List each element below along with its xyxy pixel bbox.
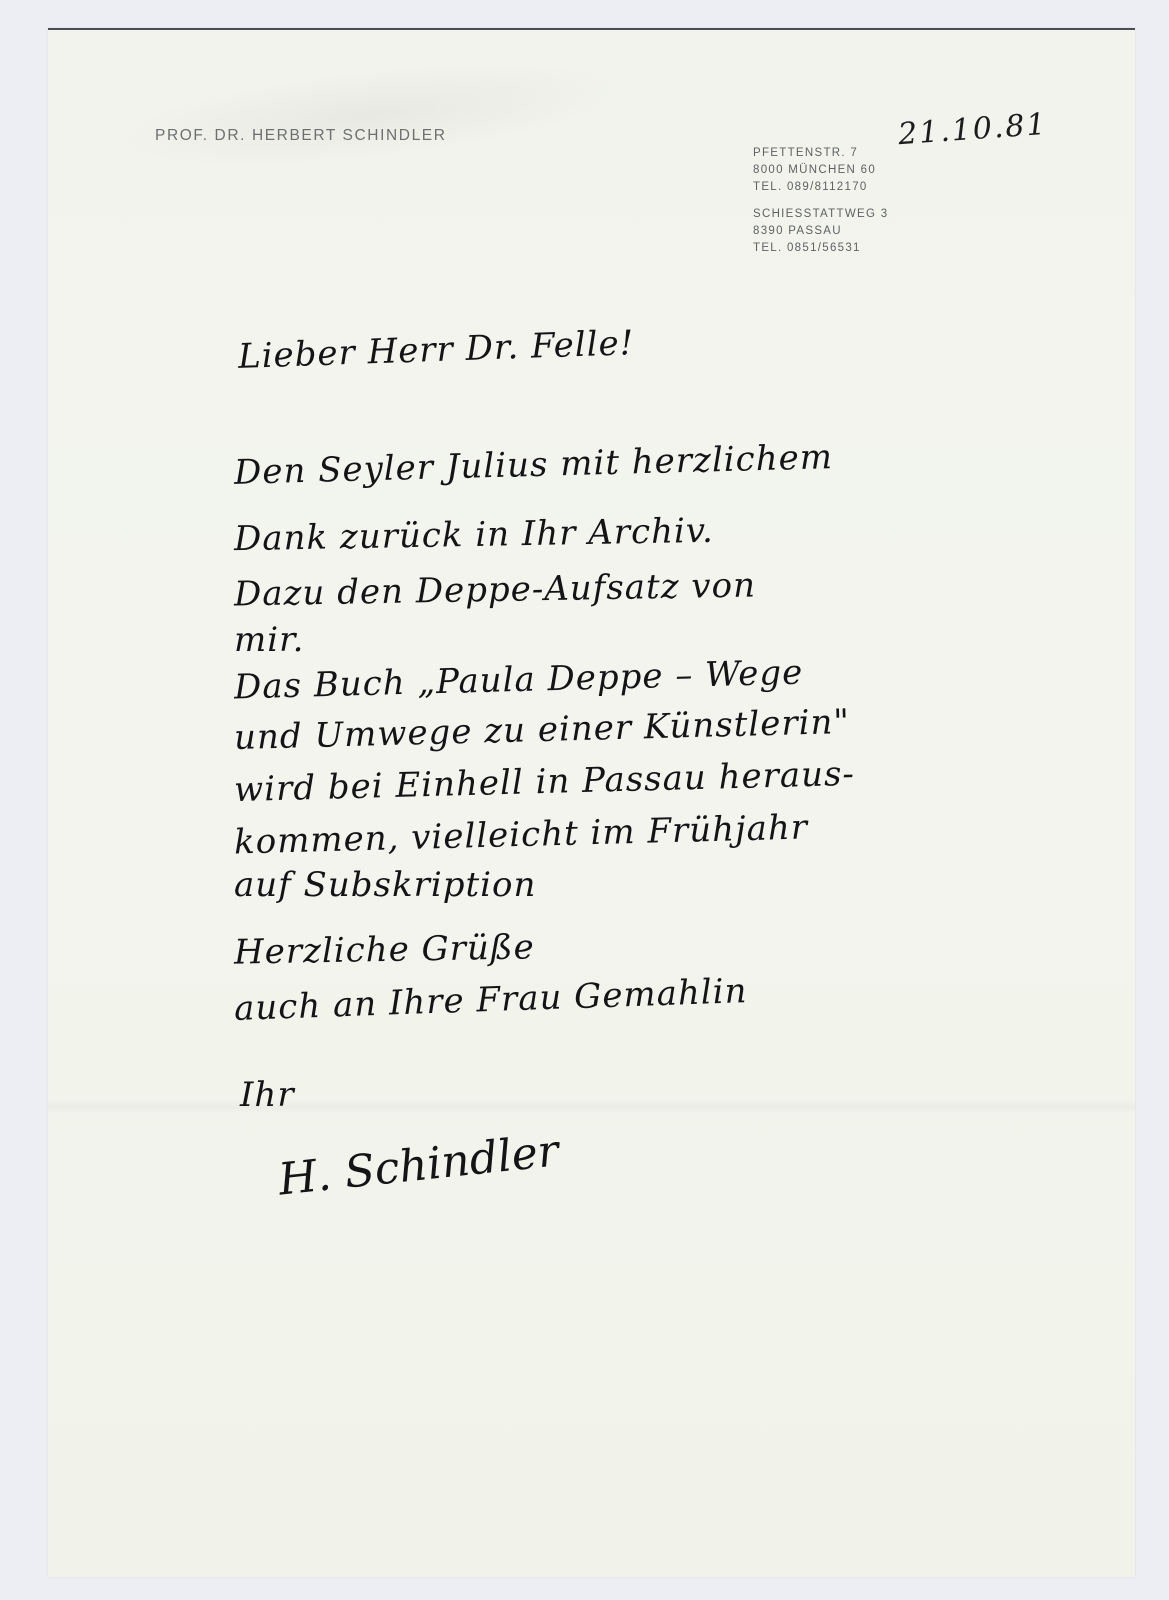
paper-crease bbox=[105, 43, 632, 187]
address-spacer bbox=[753, 196, 888, 206]
handwritten-date: 21.10.81 bbox=[897, 107, 1049, 152]
salutation: Lieber Herr Dr. Felle! bbox=[237, 323, 635, 377]
body-line: mir. bbox=[234, 620, 304, 660]
address-munich-phone: TEL. 089/8112170 bbox=[753, 179, 888, 196]
letterhead-address-block: PFETTENSTR. 7 8000 MÜNCHEN 60 TEL. 089/8… bbox=[753, 145, 888, 257]
body-line: Dank zurück in Ihr Archiv. bbox=[234, 511, 714, 559]
address-passau-city: 8390 PASSAU bbox=[753, 223, 888, 240]
closing-line: auch an Ihre Frau Gemahlin bbox=[233, 971, 748, 1029]
closing-line: Herzliche Grüße bbox=[234, 927, 535, 972]
body-line: Das Buch „Paula Deppe – Wege bbox=[234, 653, 804, 708]
body-line: Den Seyler Julius mit herzlichem bbox=[234, 437, 834, 493]
address-munich-city: 8000 MÜNCHEN 60 bbox=[753, 162, 888, 179]
paper-fold bbox=[48, 1100, 1135, 1114]
body-line: kommen, vielleicht im Frühjahr bbox=[234, 807, 809, 862]
body-line: Dazu den Deppe-Aufsatz von bbox=[234, 565, 757, 614]
address-passau-phone: TEL. 0851/56531 bbox=[753, 240, 888, 257]
body-line: und Umwege zu einer Künstlerin" bbox=[234, 702, 851, 758]
body-line: auf Subskription bbox=[234, 865, 536, 905]
letter-page: PROF. DR. HERBERT SCHINDLER PFETTENSTR. … bbox=[48, 28, 1135, 1577]
address-passau-street: SCHIESSTATTWEG 3 bbox=[753, 206, 888, 223]
address-munich-street: PFETTENSTR. 7 bbox=[753, 145, 888, 162]
valediction: Ihr bbox=[240, 1075, 295, 1115]
body-line: wird bei Einhell in Passau heraus- bbox=[234, 754, 856, 810]
signature: H. Schindler bbox=[276, 1125, 561, 1205]
letterhead-name: PROF. DR. HERBERT SCHINDLER bbox=[155, 127, 447, 145]
